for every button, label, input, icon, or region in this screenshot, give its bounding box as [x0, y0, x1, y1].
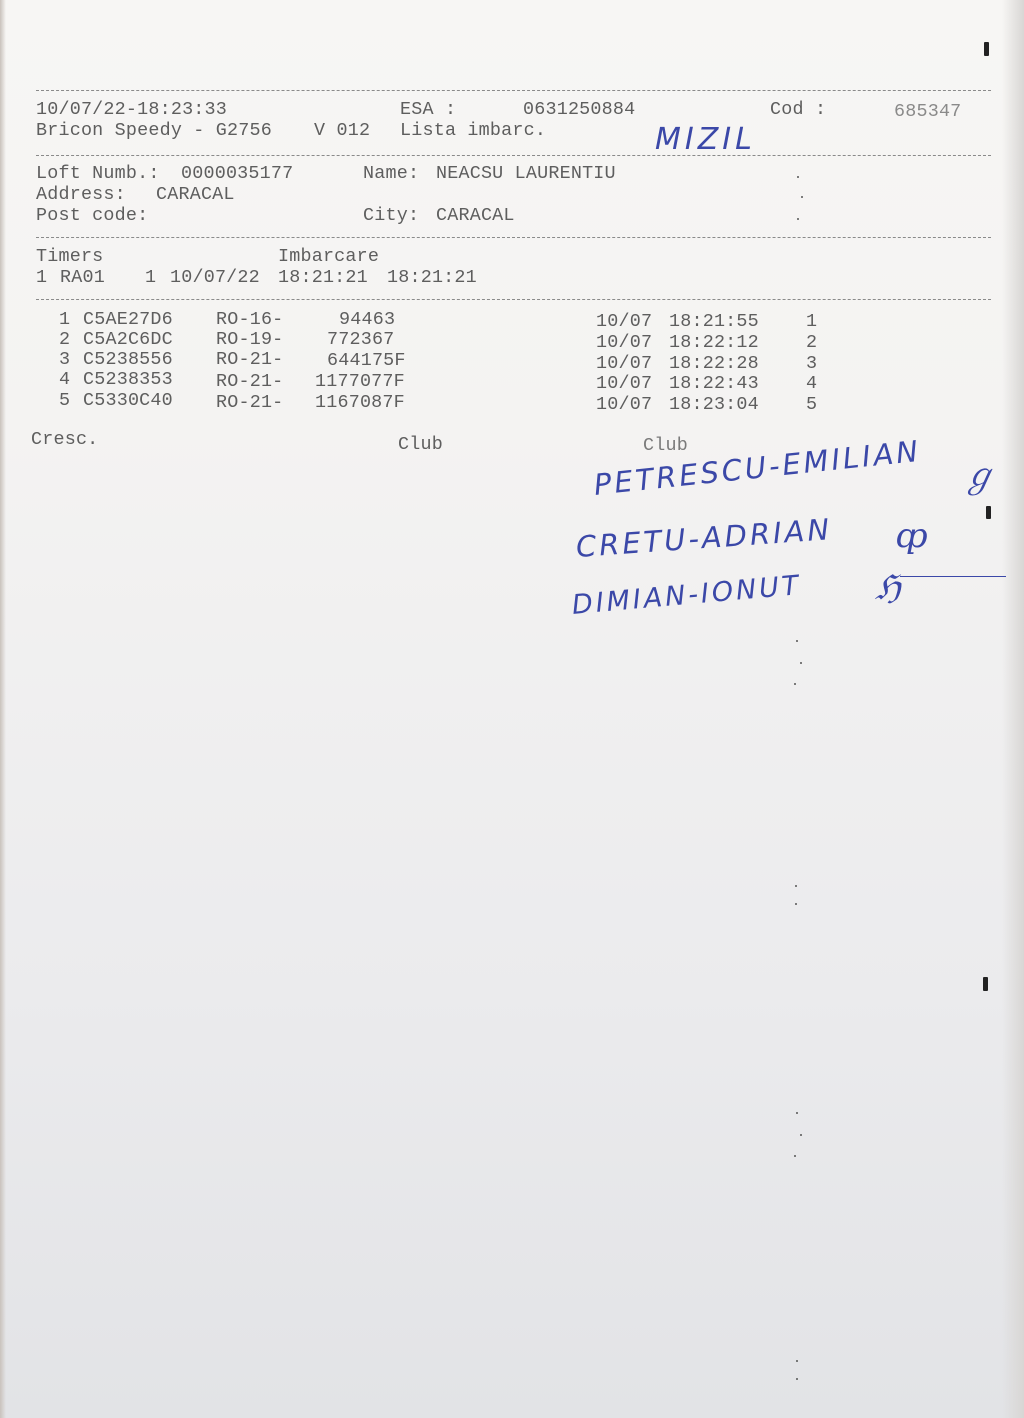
- bird-ring: 1177077F: [315, 372, 405, 392]
- name-value: NEACSU LAURENTIU: [436, 164, 616, 184]
- paper-dot: [796, 1360, 798, 1362]
- city-label: City:: [363, 206, 419, 226]
- bird-position: 2: [806, 333, 817, 353]
- divider: [36, 90, 991, 91]
- bird-no: 5: [59, 391, 70, 411]
- bird-chip: C5238353: [83, 370, 173, 390]
- timer-count: 1: [145, 268, 156, 288]
- handwritten-signature-3: DIMIAN-IONUT: [571, 570, 803, 621]
- paper-speck: [986, 506, 991, 519]
- city-value: CARACAL: [436, 206, 515, 226]
- signature-stroke: [900, 576, 1006, 577]
- paper-edge-right: [1002, 0, 1024, 1418]
- device-name: Bricon Speedy - G2756: [36, 121, 272, 141]
- paper-dot: [800, 1134, 802, 1136]
- bird-no: 4: [59, 370, 70, 390]
- address-label: Address:: [36, 185, 126, 205]
- paper-dot: [796, 1112, 798, 1114]
- timer-end: 18:21:21: [387, 268, 477, 288]
- bird-no: 2: [59, 330, 70, 350]
- paper-dot: [796, 1378, 798, 1380]
- loft-number-label: Loft Numb.:: [36, 164, 160, 184]
- bird-ring: 1167087F: [315, 393, 405, 413]
- divider: [36, 299, 991, 300]
- bird-ring-prefix: RO-21-: [216, 372, 283, 392]
- paper-speck: [983, 977, 988, 991]
- bird-chip: C5A2C6DC: [83, 330, 173, 350]
- bird-date: 10/07: [596, 374, 652, 394]
- bird-position: 1: [806, 312, 817, 332]
- print-datetime: 10/07/22-18:23:33: [36, 100, 227, 120]
- bird-chip: C5330C40: [83, 391, 173, 411]
- signature-mark-1: ℊ: [962, 448, 996, 497]
- postcode-label: Post code:: [36, 206, 148, 226]
- paper-dot: [801, 196, 803, 198]
- paper-dot: [795, 903, 797, 905]
- timer-start: 18:21:21: [278, 268, 368, 288]
- cresc-label: Cresc.: [31, 430, 98, 450]
- list-title: Lista imbarc.: [400, 121, 546, 141]
- name-label: Name:: [363, 164, 419, 184]
- signature-mark-3: ℌ: [875, 568, 901, 608]
- paper-dot: [797, 218, 799, 220]
- bird-chip: C5AE27D6: [83, 310, 173, 330]
- address-value: CARACAL: [156, 185, 235, 205]
- bird-ring: 94463: [339, 310, 395, 330]
- paper-dot: [795, 885, 797, 887]
- device-version: V 012: [314, 121, 370, 141]
- cod-value: 685347: [894, 102, 961, 122]
- paper-dot: [794, 683, 796, 685]
- bird-time: 18:22:43: [669, 374, 759, 394]
- paper-edge-left: [0, 0, 6, 1418]
- timer-date: 10/07/22: [170, 268, 260, 288]
- esa-label: ESA :: [400, 100, 456, 120]
- signature-mark-2: ȹ: [895, 516, 928, 556]
- paper-dot: [796, 640, 798, 642]
- timer-id: RA01: [60, 268, 105, 288]
- club-label-1: Club: [398, 435, 443, 455]
- paper-dot: [800, 662, 802, 664]
- bird-date: 10/07: [596, 395, 652, 415]
- esa-value: 0631250884: [523, 100, 635, 120]
- bird-time: 18:23:04: [669, 395, 759, 415]
- cod-label: Cod :: [770, 100, 826, 120]
- loft-number-value: 0000035177: [181, 164, 293, 184]
- bird-ring-prefix: RO-21-: [216, 350, 283, 370]
- bird-ring: 644175F: [327, 351, 406, 371]
- bird-no: 3: [59, 350, 70, 370]
- handwritten-location: MIZIL: [655, 122, 756, 157]
- club-label-2: Club: [643, 436, 688, 456]
- bird-position: 3: [806, 354, 817, 374]
- bird-ring-prefix: RO-21-: [216, 393, 283, 413]
- bird-date: 10/07: [596, 312, 652, 332]
- handwritten-signature-1: PETRESCU-EMILIAN: [592, 434, 922, 502]
- bird-position: 4: [806, 374, 817, 394]
- paper-dot: [794, 1155, 796, 1157]
- divider: [36, 237, 991, 238]
- bird-time: 18:21:55: [669, 312, 759, 332]
- bird-time: 18:22:12: [669, 333, 759, 353]
- imbarcare-header: Imbarcare: [278, 247, 379, 267]
- timers-header: Timers: [36, 247, 103, 267]
- bird-date: 10/07: [596, 354, 652, 374]
- bird-date: 10/07: [596, 333, 652, 353]
- timer-index: 1: [36, 268, 47, 288]
- bird-ring-prefix: RO-16-: [216, 310, 283, 330]
- bird-time: 18:22:28: [669, 354, 759, 374]
- paper-speck: [984, 42, 989, 56]
- bird-position: 5: [806, 395, 817, 415]
- divider: [36, 155, 991, 156]
- handwritten-signature-2: CRETU-ADRIAN: [575, 512, 833, 564]
- bird-chip: C5238556: [83, 350, 173, 370]
- bird-no: 1: [59, 310, 70, 330]
- bird-ring-prefix: RO-19-: [216, 330, 283, 350]
- paper-dot: [797, 176, 799, 178]
- bird-ring: 772367: [327, 330, 394, 350]
